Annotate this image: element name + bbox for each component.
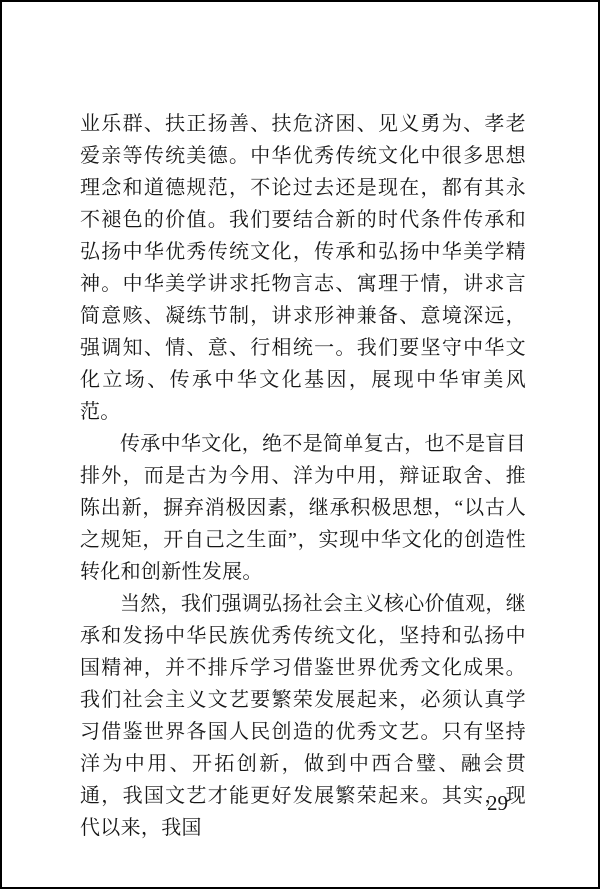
paragraph: 当然，我们强调弘扬社会主义核心价值观，继承和发扬中华民族优秀传统文化，坚持和弘扬… bbox=[80, 588, 526, 844]
book-page: 业乐群、扶正扬善、扶危济困、见义勇为、孝老爱亲等传统美德。中华优秀传统文化中很多… bbox=[0, 0, 600, 889]
page-number: 29 bbox=[487, 791, 508, 815]
body-text: 业乐群、扶正扬善、扶危济困、见义勇为、孝老爱亲等传统美德。中华优秀传统文化中很多… bbox=[80, 108, 526, 844]
paragraph-continuation: 业乐群、扶正扬善、扶危济困、见义勇为、孝老爱亲等传统美德。中华优秀传统文化中很多… bbox=[80, 108, 526, 428]
paragraph: 传承中华文化，绝不是简单复古，也不是盲目排外，而是古为今用、洋为中用，辩证取舍、… bbox=[80, 428, 526, 588]
